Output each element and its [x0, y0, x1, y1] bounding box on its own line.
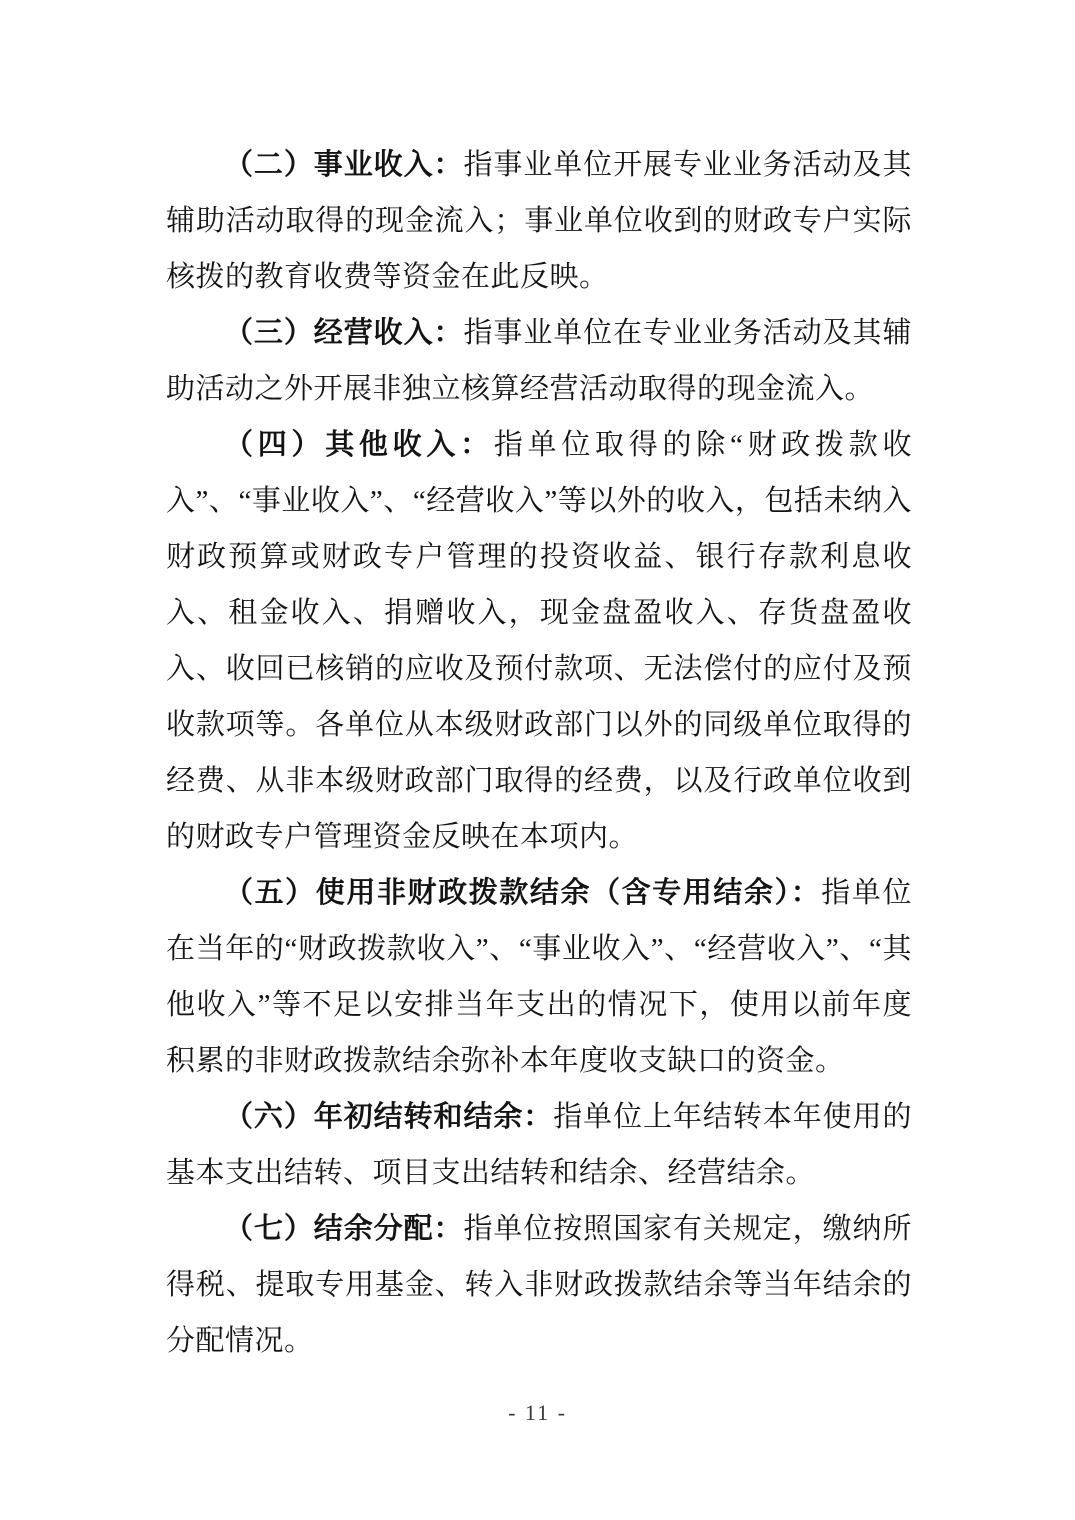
paragraph-3-lead: （三）经营收入：: [224, 317, 463, 349]
paragraph-7: （七）结余分配：指单位按照国家有关规定，缴纳所得税、提取专用基金、转入非财政拨款…: [166, 1201, 912, 1369]
paragraph-2: （二）事业收入：指事业单位开展专业业务活动及其辅助活动取得的现金流入；事业单位收…: [166, 137, 912, 305]
paragraph-6: （六）年初结转和结余：指单位上年结转本年使用的基本支出结转、项目支出结转和结余、…: [166, 1089, 912, 1201]
paragraph-5: （五）使用非财政拨款结余（含专用结余）：指单位在当年的“财政拨款收入”、“事业收…: [166, 865, 912, 1089]
paragraph-5-lead: （五）使用非财政拨款结余（含专用结余）：: [224, 877, 821, 909]
page-number: - 11 -: [508, 1400, 567, 1425]
document-page: （二）事业收入：指事业单位开展专业业务活动及其辅助活动取得的现金流入；事业单位收…: [0, 0, 1075, 1520]
page-footer: - 11 -: [0, 1398, 1075, 1428]
document-body: （二）事业收入：指事业单位开展专业业务活动及其辅助活动取得的现金流入；事业单位收…: [166, 137, 912, 1369]
paragraph-4: （四）其他收入：指单位取得的除“财政拨款收入”、“事业收入”、“经营收入”等以外…: [166, 417, 912, 865]
paragraph-2-lead: （二）事业收入：: [224, 149, 463, 181]
paragraph-4-lead: （四）其他收入：: [224, 429, 494, 461]
paragraph-7-lead: （七）结余分配：: [224, 1213, 463, 1245]
paragraph-6-lead: （六）年初结转和结余：: [224, 1101, 553, 1133]
paragraph-4-text: 指单位取得的除“财政拨款收入”、“事业收入”、“经营收入”等以外的收入，包括未纳…: [166, 429, 912, 853]
paragraph-3: （三）经营收入：指事业单位在专业业务活动及其辅助活动之外开展非独立核算经营活动取…: [166, 305, 912, 417]
